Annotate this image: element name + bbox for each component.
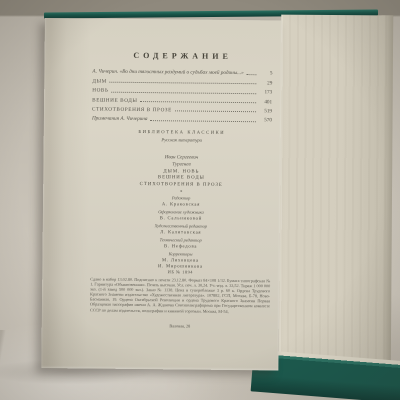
toc-page-number: 570 [259, 118, 272, 124]
contents-page: СОДЕРЖАНИЕ А. Чичерин. «Во дни тягостных… [41, 18, 282, 370]
credit-name: А. Краковская [91, 201, 271, 209]
author-title-block: Иван Сергеевич Тургенев ДЫМ. НОВЬ ВЕШНИЕ… [91, 154, 271, 198]
toc-entry-title: ДЫМ [92, 78, 107, 84]
book-photo: СОДЕРЖАНИЕ А. Чичерин. «Во дни тягостных… [0, 0, 400, 400]
table-of-contents: А. Чичерин. «Во дни тягостных раздумий о… [92, 66, 273, 124]
toc-entry-title: ВЕШНИЕ ВОДЫ [92, 97, 137, 103]
page-stack-fore-edge [279, 15, 393, 374]
credits-block: Редактор А. Краковская Оформление художн… [90, 192, 271, 270]
toc-page-number: 5 [259, 71, 272, 77]
contents-heading: СОДЕРЖАНИЕ [93, 51, 273, 62]
series-title: БИБЛИОТЕКА КЛАССИКИ [92, 128, 272, 135]
colophon-text: Сдано в набор 13.02.80. Подписано к печа… [90, 276, 270, 314]
toc-page-number: 173 [259, 89, 272, 95]
toc-entry-title: СТИХОТВОРЕНИЯ В ПРОЗЕ [92, 106, 172, 113]
credit-name: Л. Калитовская [91, 229, 271, 237]
toc-row: А. Чичерин. «Во дни тягостных раздумий о… [92, 66, 272, 77]
ib-number: ИБ № 1894 [90, 268, 270, 275]
credit-name: В. Нефедова [91, 243, 271, 251]
dot-leader [175, 111, 256, 113]
series-subtitle: Русская литература [92, 136, 272, 143]
toc-entry-title: НОВЬ [92, 88, 108, 94]
series-block: БИБЛИОТЕКА КЛАССИКИ Русская литература [92, 128, 272, 142]
colophon-last-line: Валовая, 28 [90, 322, 270, 329]
toc-entry-title: Примечания А. Чичерина [92, 116, 148, 123]
toc-page-number: 29 [259, 80, 272, 86]
toc-page-number: 519 [259, 108, 272, 114]
dot-leader [150, 120, 256, 122]
credit-name: В. Сальниковой [91, 215, 271, 223]
dot-leader [247, 74, 257, 75]
toc-page-number: 401 [259, 99, 272, 105]
toc-row: Примечания А. Чичерина 570 [92, 112, 272, 123]
